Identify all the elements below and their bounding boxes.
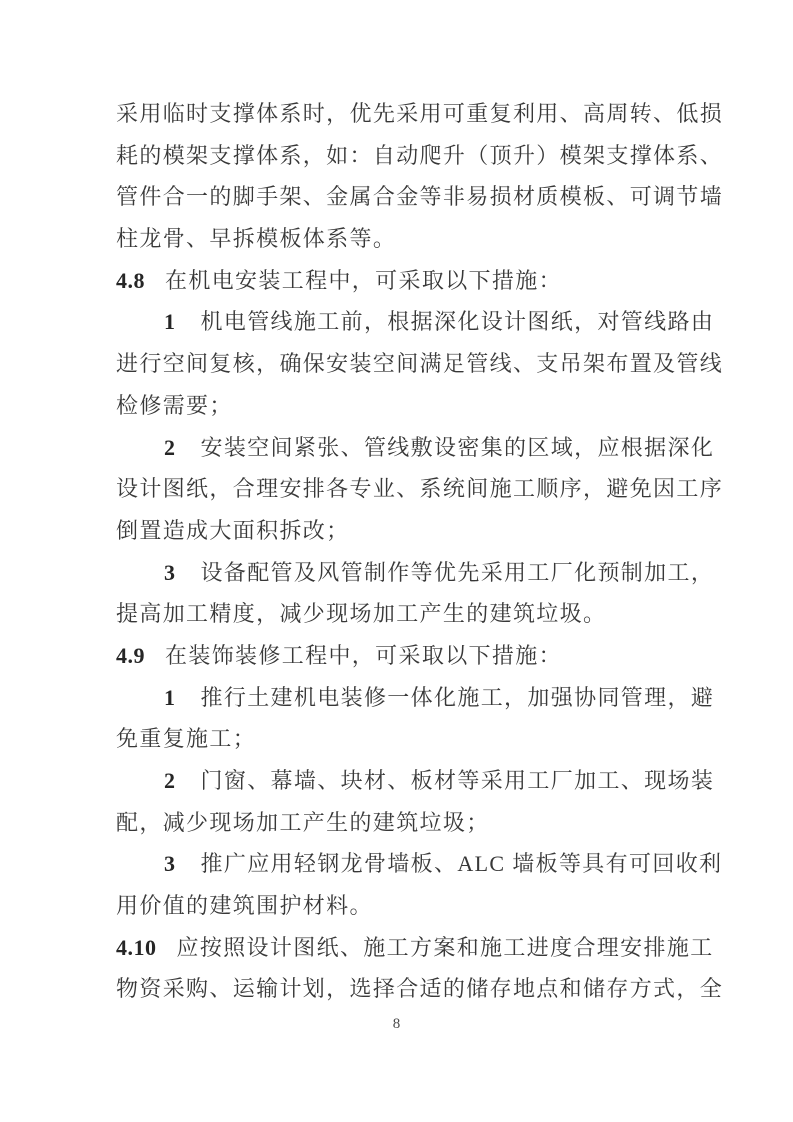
list-item-line: 3推广应用轻钢龙骨墙板、ALC 墙板等具有可回收利: [116, 843, 682, 885]
list-number: 2: [164, 435, 176, 460]
list-item-line: 2安装空间紧张、管线敷设密集的区域，应根据深化: [116, 427, 682, 469]
text-line: 设计图纸，合理安排各专业、系统间施工顺序，避免因工序: [116, 468, 682, 510]
line-text: 在装饰装修工程中，可采取以下措施：: [165, 643, 562, 668]
line-text: 提高加工精度，减少现场加工产生的建筑垃圾。: [116, 601, 606, 626]
text-line: 免重复施工；: [116, 718, 682, 760]
list-number: 2: [164, 768, 176, 793]
list-number: 1: [164, 309, 176, 334]
document-page: 采用临时支撑体系时，优先采用可重复利用、高周转、低损 耗的模架支撑体系，如：自动…: [0, 0, 793, 1122]
text-line: 耗的模架支撑体系，如：自动爬升（顶升）模架支撑体系、: [116, 135, 682, 177]
text-line: 配，减少现场加工产生的建筑垃圾；: [116, 802, 682, 844]
line-text: 物资采购、运输计划，选择合适的储存地点和储存方式，全: [116, 976, 723, 1001]
page-number: 8: [0, 1016, 793, 1033]
section-heading-line: 4.10应按照设计图纸、施工方案和施工进度合理安排施工: [116, 927, 682, 969]
line-text: 设备配管及风管制作等优先采用工厂化预制加工，: [201, 560, 715, 585]
document-body: 采用临时支撑体系时，优先采用可重复利用、高周转、低损 耗的模架支撑体系，如：自动…: [116, 93, 682, 1010]
line-text: 采用临时支撑体系时，优先采用可重复利用、高周转、低损: [116, 101, 723, 126]
line-text: 柱龙骨、早拆模板体系等。: [116, 226, 396, 251]
section-number: 4.8: [116, 268, 145, 293]
list-item-line: 1机电管线施工前，根据深化设计图纸，对管线路由: [116, 301, 682, 343]
text-line: 倒置造成大面积拆改；: [116, 510, 682, 552]
line-text: 免重复施工；: [116, 726, 256, 751]
list-item-line: 2门窗、幕墙、块材、板材等采用工厂加工、现场装: [116, 760, 682, 802]
list-number: 1: [164, 685, 176, 710]
line-text: 机电管线施工前，根据深化设计图纸，对管线路由: [201, 309, 715, 334]
list-number: 3: [164, 851, 176, 876]
line-text: 配，减少现场加工产生的建筑垃圾；: [116, 810, 490, 835]
line-text: 推行土建机电装修一体化施工，加强协同管理，避: [201, 685, 715, 710]
line-text: 用价值的建筑围护材料。: [116, 893, 373, 918]
line-text: 在机电安装工程中，可采取以下措施：: [165, 268, 562, 293]
list-item-line: 3设备配管及风管制作等优先采用工厂化预制加工，: [116, 552, 682, 594]
line-text: 应按照设计图纸、施工方案和施工进度合理安排施工: [177, 935, 714, 960]
list-number: 3: [164, 560, 176, 585]
line-text: 管件合一的脚手架、金属合金等非易损材质模板、可调节墙: [116, 184, 723, 209]
line-text: 门窗、幕墙、块材、板材等采用工厂加工、现场装: [201, 768, 715, 793]
line-text: 检修需要；: [116, 393, 233, 418]
text-line: 提高加工精度，减少现场加工产生的建筑垃圾。: [116, 593, 682, 635]
text-line: 管件合一的脚手架、金属合金等非易损材质模板、可调节墙: [116, 176, 682, 218]
text-line: 物资采购、运输计划，选择合适的储存地点和储存方式，全: [116, 968, 682, 1010]
section-number: 4.10: [116, 935, 157, 960]
text-line: 柱龙骨、早拆模板体系等。: [116, 218, 682, 260]
line-text: 安装空间紧张、管线敷设密集的区域，应根据深化: [201, 435, 715, 460]
line-text: 进行空间复核，确保安装空间满足管线、支吊架布置及管线: [116, 351, 723, 376]
line-text: 推广应用轻钢龙骨墙板、ALC 墙板等具有可回收利: [201, 851, 723, 876]
text-line: 采用临时支撑体系时，优先采用可重复利用、高周转、低损: [116, 93, 682, 135]
line-text: 倒置造成大面积拆改；: [116, 518, 350, 543]
text-line: 检修需要；: [116, 385, 682, 427]
text-line: 进行空间复核，确保安装空间满足管线、支吊架布置及管线: [116, 343, 682, 385]
line-text: 设计图纸，合理安排各专业、系统间施工顺序，避免因工序: [116, 476, 723, 501]
section-heading-line: 4.9在装饰装修工程中，可采取以下措施：: [116, 635, 682, 677]
line-text: 耗的模架支撑体系，如：自动爬升（顶升）模架支撑体系、: [116, 143, 723, 168]
section-number: 4.9: [116, 643, 145, 668]
section-heading-line: 4.8在机电安装工程中，可采取以下措施：: [116, 260, 682, 302]
list-item-line: 1推行土建机电装修一体化施工，加强协同管理，避: [116, 677, 682, 719]
text-line: 用价值的建筑围护材料。: [116, 885, 682, 927]
